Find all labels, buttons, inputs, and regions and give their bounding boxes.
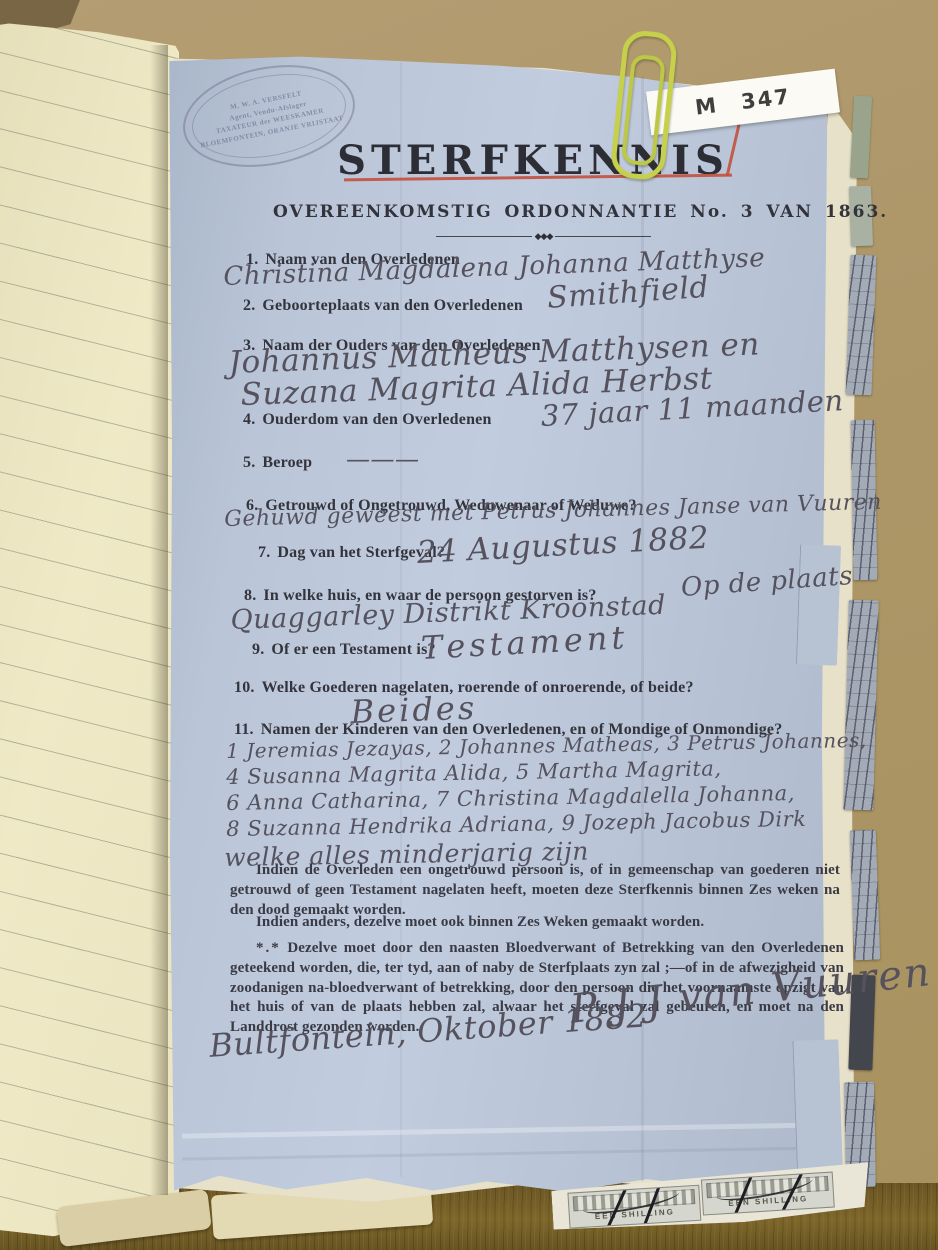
question-number: 7. xyxy=(258,544,270,561)
question-number: 8. xyxy=(244,587,256,604)
photo-of-death-notice: M. W. A. VERSFELT Agent, Vendu-Afslager … xyxy=(0,0,938,1250)
footnote-marker: *.* xyxy=(256,940,281,956)
question-label: Geboorteplaats van den Overledenen xyxy=(262,297,523,314)
question-number: 11. xyxy=(234,721,254,738)
question-number: 2. xyxy=(243,297,255,314)
question-5: 5.Beroep xyxy=(243,454,312,472)
question-label: Ouderdom van den Overledenen xyxy=(262,411,491,428)
answer-5: ——— xyxy=(346,445,420,473)
divider-diamonds: ◆◆◆ xyxy=(532,231,556,242)
archive-label-text: M 347 xyxy=(694,84,792,120)
question-number: 5. xyxy=(243,454,255,471)
gutter-shadow xyxy=(150,45,168,1195)
answer-7: 24 Augustus 1882 xyxy=(416,520,710,571)
revenue-stamp: EEN SHILLING xyxy=(567,1185,701,1229)
question-2: 2.Geboorteplaats van den Overledenen xyxy=(243,297,523,315)
divider-line xyxy=(555,236,651,238)
question-label: Welke Goederen nagelaten, roerende of on… xyxy=(262,679,694,696)
question-number: 4. xyxy=(243,411,255,428)
form-content: M. W. A. VERSFELT Agent, Vendu-Afslager … xyxy=(168,55,858,1215)
question-label: Of er een Testament is? xyxy=(271,641,435,658)
form-subtitle: OVEREENKOMSTIG ORDONNANTIE No. 3 VAN 186… xyxy=(273,202,743,222)
question-number: 9. xyxy=(252,641,264,658)
note-paragraph-1: Indien de Overleden een ongetrouwd perso… xyxy=(230,861,840,920)
question-9: 9.Of er een Testament is? xyxy=(252,641,436,659)
revenue-stamp: EEN SHILLING xyxy=(701,1172,835,1216)
divider-ornament: ◆◆◆ xyxy=(436,231,651,242)
divider-line xyxy=(436,236,532,238)
answer-8-line-1: Op de plaats xyxy=(680,561,854,603)
note-paragraph-2: Indien anders, dezelve moet ook binnen Z… xyxy=(230,913,840,933)
question-label: Beroep xyxy=(262,454,312,471)
question-4: 4.Ouderdom van den Overledenen xyxy=(243,411,492,429)
question-number: 10. xyxy=(234,679,255,696)
